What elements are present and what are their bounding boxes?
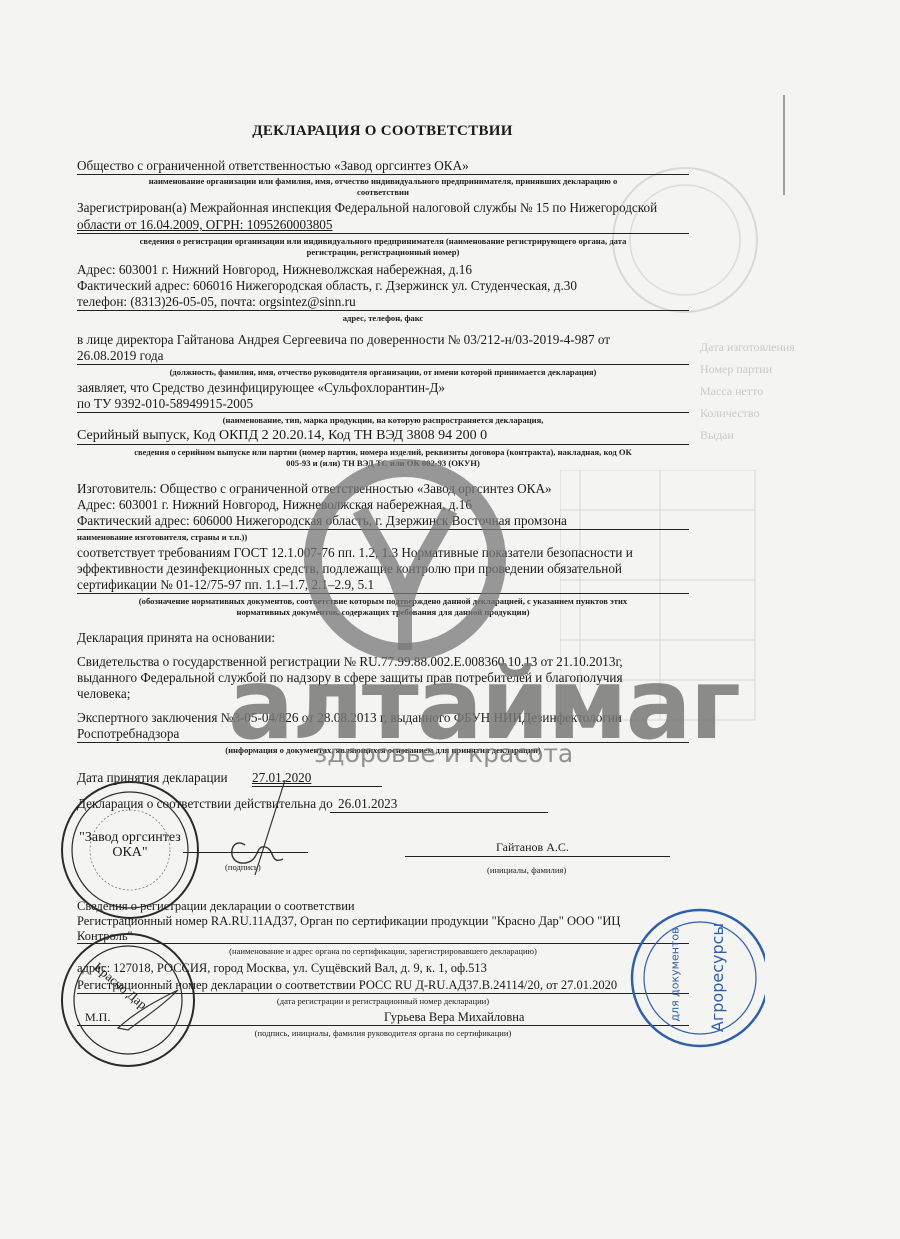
registration-caption-2: регистрации, регистрационный номер)	[77, 247, 689, 258]
director-line: в лице директора Гайтанова Андрея Сергее…	[77, 332, 610, 348]
agroresursy-stamp-icon	[615, 898, 765, 1058]
registration-line-2: области от 16.04.2009, ОГРН: 10952600038…	[77, 217, 332, 233]
valid-until-date: 26.01.2023	[338, 796, 397, 812]
declaration-page: Дата изготовления Номер партии Масса нет…	[0, 0, 900, 1239]
agroresursy-stamp-text: Агроресурсы	[708, 923, 727, 1032]
contacts-caption: адрес, телефон, факс	[77, 313, 689, 324]
divider	[77, 310, 689, 311]
serial-info: Серийный выпуск, Код ОКПД 2 20.20.14, Ко…	[77, 428, 487, 444]
company-stamp: "Завод оргсинтез ОКА"	[55, 778, 205, 928]
signatory-caption: (инициалы, фамилия)	[487, 865, 566, 876]
scan-edge-line	[783, 95, 785, 195]
agroresursy-stamp: Агроресурсы для документов	[615, 898, 765, 1058]
divider	[77, 444, 689, 445]
basis-heading: Декларация принята на основании:	[77, 630, 275, 646]
organization-caption-2: соответствии	[77, 187, 689, 198]
company-stamp-text: "Завод оргсинтез ОКА"	[75, 830, 185, 860]
signature-caption: (подпись)	[225, 862, 261, 873]
certification-body-stamp: Красно Дар	[58, 930, 198, 1070]
organization-caption: наименование организации или фамилия, им…	[77, 176, 689, 187]
director-caption: (должность, фамилия, имя, отчество руков…	[77, 367, 689, 378]
actual-address: Фактический адрес: 606016 Нижегородская …	[77, 278, 577, 294]
product-line: заявляет, что Средство дезинфицирующее «…	[77, 380, 445, 396]
signatory-line	[405, 856, 670, 857]
ghost-line: Масса нетто	[700, 384, 763, 399]
document-title: ДЕКЛАРАЦИЯ О СООТВЕТСТВИИ	[0, 123, 765, 140]
ghost-line: Дата изготовления	[700, 340, 795, 355]
director-line-2: 26.08.2019 года	[77, 348, 164, 364]
organization-name: Общество с ограниченной ответственностью…	[77, 158, 469, 174]
ghost-line: Номер партии	[700, 362, 772, 377]
agroresursy-stamp-subtext: для документов	[669, 927, 682, 1021]
registration-line: Зарегистрирован(а) Межрайонная инспекция…	[77, 200, 657, 216]
product-caption: (наименование, тип, марка продукции, на …	[77, 415, 689, 426]
watermark-logo-icon	[300, 455, 510, 665]
divider	[77, 364, 689, 365]
ghost-line: Количество	[700, 406, 759, 421]
registration-caption: сведения о регистрации организации или и…	[77, 236, 689, 247]
ghost-line: Выдан	[700, 428, 734, 443]
watermark-tagline: здоровье и красота	[314, 739, 573, 769]
signatory-name: Гайтанов А.С.	[496, 839, 569, 855]
product-spec: по ТУ 9392-010-58949915-2005	[77, 396, 253, 412]
divider	[77, 412, 689, 413]
contacts: телефон: (8313)26-05-05, почта: orgsinte…	[77, 294, 356, 310]
basis-expert-conclusion-2: Роспотребнадзора	[77, 726, 179, 742]
basis-certificate-3: человека;	[77, 686, 130, 702]
divider	[330, 812, 548, 813]
manufacturer-caption: наименование изготовителя, страны и т.п.…	[77, 532, 247, 543]
certification-head-name: Гурьева Вера Михайловна	[384, 1009, 524, 1025]
legal-address: Адрес: 603001 г. Нижний Новгород, Нижнев…	[77, 262, 472, 278]
divider	[77, 233, 689, 234]
